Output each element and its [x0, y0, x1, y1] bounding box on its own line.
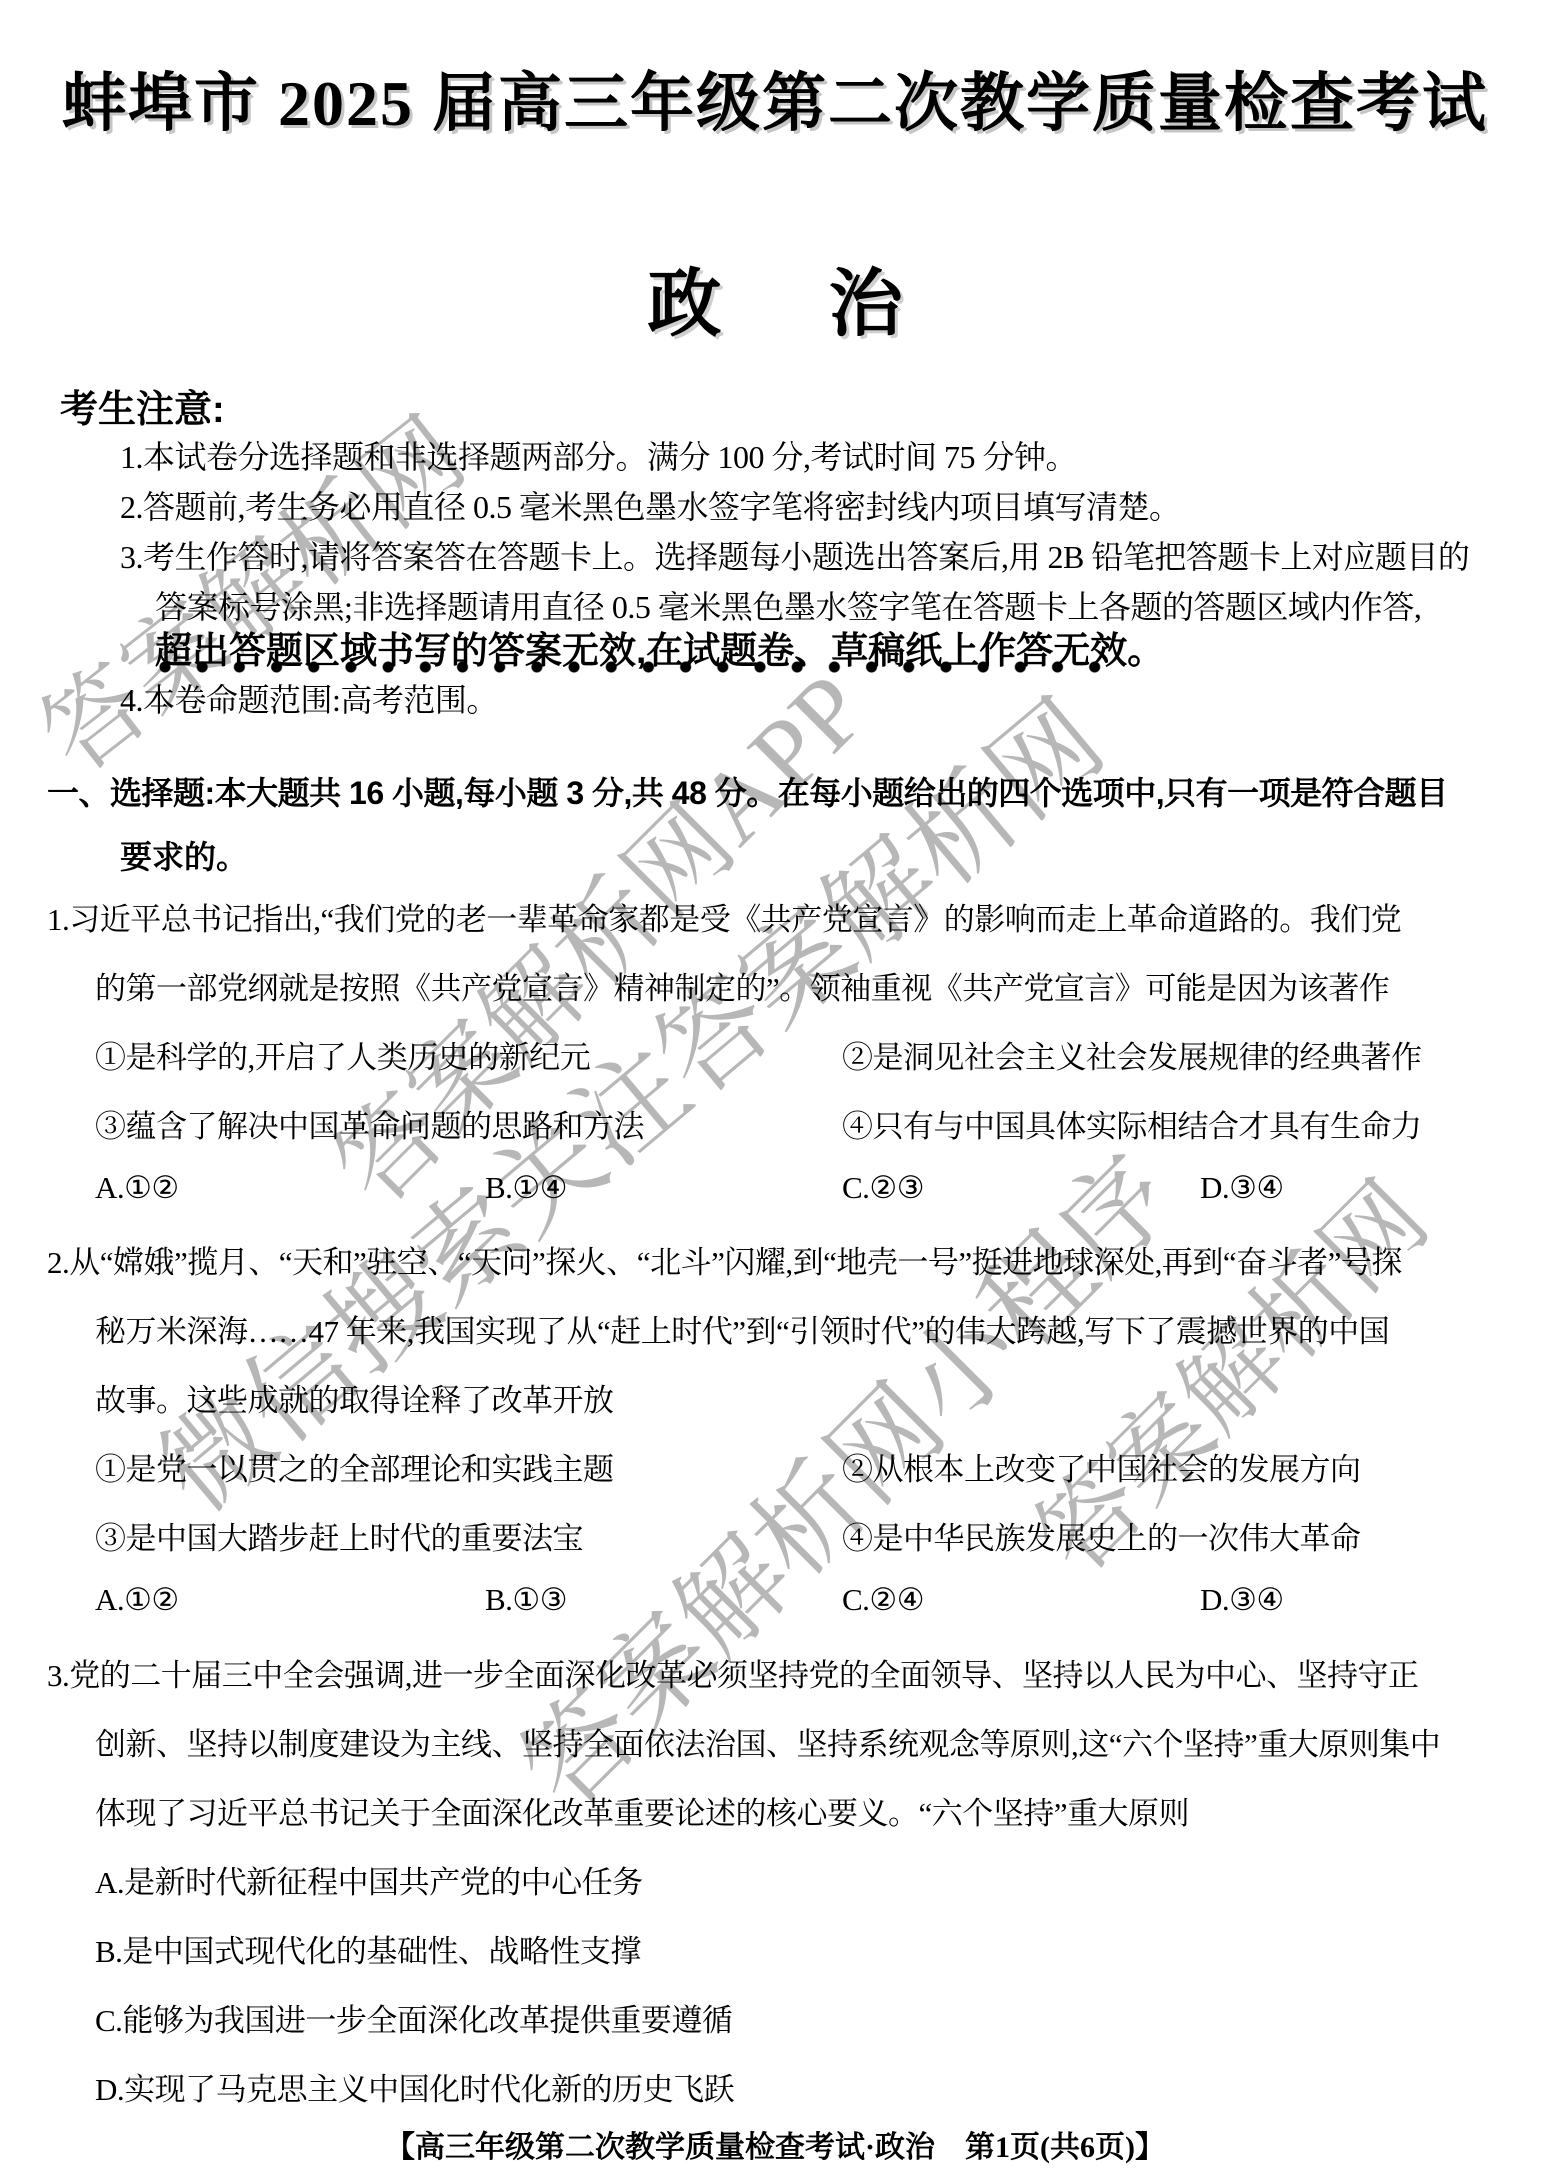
exam-paper-page: 答案解析网 答案解析网APP 微信搜索关注答案解析网 答案解析网小程序 答案解析…: [0, 0, 1550, 2173]
section-heading-line2: 要求的。: [120, 832, 248, 878]
emphasis-dots: [158, 660, 1124, 674]
question-2-answer-c: C.②④: [842, 1582, 924, 1618]
question-3-choice-d: D.实现了马克思主义中国化时代化新的历史飞跃: [95, 2064, 734, 2109]
question-3-choice-c: C.能够为我国进一步全面深化改革提供重要遵循: [95, 1995, 732, 2040]
question-1-answer-b: B.①④: [485, 1170, 567, 1206]
question-1-option-1: ①是科学的,开启了人类历史的新纪元: [95, 1032, 590, 1077]
question-3-stem-line: 体现了习近平总书记关于全面深化改革重要论述的核心要义。“六个坚持”重大原则: [95, 1788, 1189, 1833]
question-1-option-4: ④只有与中国具体实际相结合才具有生命力: [842, 1101, 1422, 1146]
question-1-answer-a: A.①②: [95, 1170, 179, 1206]
question-2-option-3: ③是中国大踏步赶上时代的重要法宝: [95, 1513, 583, 1558]
exam-title: 蚌埠市 2025 届高三年级第二次教学质量检查考试: [0, 52, 1550, 144]
question-2-option-4: ④是中华民族发展史上的一次伟大革命: [842, 1513, 1361, 1558]
question-1-stem-line: 的第一部党纲就是按照《共产党宣言》精神制定的”。领袖重视《共产党宣言》可能是因为…: [95, 963, 1389, 1008]
question-3-choice-a: A.是新时代新征程中国共产党的中心任务: [95, 1857, 643, 1902]
question-1-answer-d: D.③④: [1200, 1170, 1284, 1206]
subject-title: 政治: [0, 245, 1550, 351]
question-2-stem-line: 秘万米深海……47 年来,我国实现了从“赶上时代”到“引领时代”的伟大跨越,写下…: [95, 1306, 1389, 1351]
page-footer: 【高三年级第二次教学质量检查考试·政治 第1页(共6页)】: [0, 2122, 1550, 2166]
question-1-stem-line: 1.习近平总书记指出,“我们党的老一辈革命家都是受《共产党宣言》的影响而走上革命…: [47, 894, 1401, 939]
notice-item-3-line1: 3.考生作答时,请将答案答在答题卡上。选择题每小题选出答案后,用 2B 铅笔把答…: [120, 532, 1469, 578]
notice-item-1: 1.本试卷分选择题和非选择题两部分。满分 100 分,考试时间 75 分钟。: [120, 432, 1077, 478]
notice-item-2: 2.答题前,考生务必用直径 0.5 毫米黑色墨水签字笔将密封线内项目填写清楚。: [120, 482, 1181, 528]
question-1-answer-c: C.②③: [842, 1170, 924, 1206]
question-2-option-2: ②从根本上改变了中国社会的发展方向: [842, 1444, 1361, 1489]
question-2-stem-line: 故事。这些成就的取得诠释了改革开放: [95, 1375, 614, 1420]
question-2-answer-b: B.①③: [485, 1582, 567, 1618]
question-3-choice-b: B.是中国式现代化的基础性、战略性支撑: [95, 1926, 641, 1971]
section-heading-line1: 一、选择题:本大题共 16 小题,每小题 3 分,共 48 分。在每小题给出的四…: [47, 768, 1448, 814]
notice-item-4: 4.本卷命题范围:高考范围。: [120, 675, 498, 721]
question-2-option-1: ①是党一以贯之的全部理论和实践主题: [95, 1444, 614, 1489]
question-2-answer-a: A.①②: [95, 1582, 179, 1618]
notice-heading: 考生注意:: [60, 378, 225, 433]
question-3-stem-line: 创新、坚持以制度建设为主线、坚持全面依法治国、坚持系统观念等原则,这“六个坚持”…: [95, 1719, 1440, 1764]
question-1-option-3: ③蕴含了解决中国革命问题的思路和方法: [95, 1101, 644, 1146]
question-2-answer-d: D.③④: [1200, 1582, 1284, 1618]
question-1-option-2: ②是洞见社会主义社会发展规律的经典著作: [842, 1032, 1422, 1077]
question-3-stem-line: 3.党的二十届三中全会强调,进一步全面深化改革必须坚持党的全面领导、坚持以人民为…: [47, 1650, 1419, 1695]
question-2-stem-line: 2.从“嫦娥”揽月、“天和”驻空、“天问”探火、“北斗”闪耀,到“地壳一号”挺进…: [47, 1237, 1402, 1282]
